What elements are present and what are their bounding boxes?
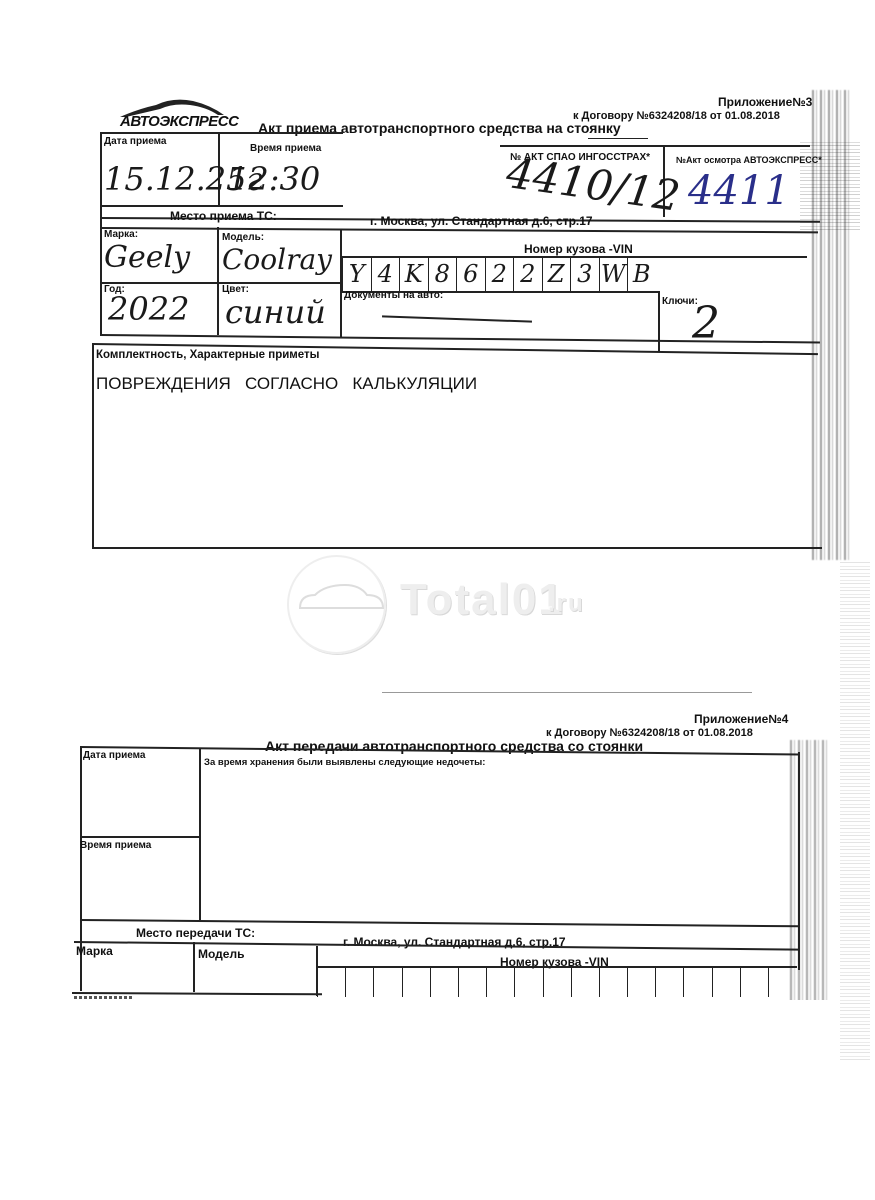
vin-empty-cell: [740, 967, 768, 997]
border: [100, 282, 342, 284]
border: [72, 992, 322, 995]
model-label: Модель:: [222, 232, 264, 243]
vin-empty-cell: [373, 967, 401, 997]
border: [92, 547, 822, 549]
form-title: Акт приема автотранспортного средства на…: [258, 120, 621, 136]
color-value: синий: [225, 293, 326, 331]
brand-value: Geely: [104, 240, 190, 275]
year-value: 2022: [108, 290, 189, 328]
border: [92, 343, 94, 548]
vin-char-cell: Y: [342, 256, 371, 292]
place-label: Место приема ТС:: [170, 209, 277, 223]
autoexpress-act-value: 4411: [688, 168, 790, 214]
features-label: Комплектность, Характерные приметы: [96, 349, 320, 361]
autoexpress-act-label: №Акт осмотра АВТОЭКСПРЕСС*: [676, 155, 822, 165]
vin-char-cell: 6: [456, 256, 485, 292]
vin-char-cell: 3: [570, 256, 599, 292]
appendix-label: Приложение№3: [718, 95, 812, 109]
vin-char-cell: 2: [485, 256, 514, 292]
separator-line: [382, 692, 752, 693]
border: [80, 836, 200, 838]
vin-grid: Y4K8622Z3WB: [342, 256, 656, 292]
vin-empty-cell: [543, 967, 571, 997]
border: [658, 292, 660, 352]
place-label: Место передачи ТС:: [136, 926, 255, 940]
title-underline: [588, 138, 648, 139]
brand-label: Марка:: [104, 229, 138, 240]
features-value: ПОВРЕЖДЕНИЯ СОГЛАСНО КАЛЬКУЛЯЦИИ: [96, 374, 477, 394]
defects-label: За время хранения были выявлены следующи…: [204, 757, 485, 768]
scan-noise: [800, 140, 860, 230]
vin-label: Номер кузова -VIN: [524, 242, 633, 256]
border: [217, 227, 219, 335]
vin-char-cell: 4: [371, 256, 400, 292]
vin-empty-cell: [599, 967, 627, 997]
blank-area: [0, 1000, 840, 1200]
border: [500, 145, 810, 147]
vin-empty-cell: [486, 967, 514, 997]
date-label: Дата приема: [83, 750, 145, 761]
scan-noise: [840, 560, 870, 1060]
vin-empty-cell: [430, 967, 458, 997]
docs-dash-value: [382, 315, 532, 322]
vin-char-cell: W: [599, 256, 628, 292]
watermark-suffix: .ru: [548, 590, 585, 618]
border: [199, 748, 201, 920]
model-value: Coolray: [222, 243, 332, 276]
vin-char-cell: Z: [542, 256, 571, 292]
time-value: 12:30: [228, 160, 320, 198]
brand-label: Марка: [76, 944, 113, 958]
time-label: Время приема: [80, 840, 151, 851]
vin-char-cell: B: [627, 256, 656, 292]
vin-empty-cell: [345, 967, 373, 997]
footnote-fragment: [74, 996, 134, 999]
vin-empty-cell: [655, 967, 683, 997]
vin-empty-cell: [571, 967, 599, 997]
vin-empty-cell: [402, 967, 430, 997]
vin-grid: [317, 967, 796, 997]
place-value: г. Москва, ул. Стандартная д.6, стр.17: [370, 214, 593, 228]
watermark-text: Total01: [400, 575, 565, 625]
border: [100, 132, 102, 334]
vin-empty-cell: [712, 967, 740, 997]
car-icon: [295, 580, 385, 620]
date-label: Дата приема: [104, 136, 166, 147]
company-logo-text: АВТОЭКСПРЕСС: [120, 113, 238, 130]
border: [193, 942, 195, 992]
border: [100, 205, 343, 207]
vin-char-cell: 2: [513, 256, 542, 292]
model-label: Модель: [198, 947, 244, 961]
vin-empty-cell: [683, 967, 711, 997]
vin-empty-cell: [514, 967, 542, 997]
appendix-label: Приложение№4: [694, 712, 788, 726]
border: [798, 752, 800, 970]
vin-char-cell: 8: [428, 256, 457, 292]
time-label: Время приема: [250, 143, 321, 154]
vin-empty-cell: [768, 967, 796, 997]
vin-empty-cell: [458, 967, 486, 997]
vin-char-cell: K: [399, 256, 428, 292]
border: [100, 132, 343, 134]
ingos-act-value: 4410/12: [503, 148, 683, 221]
docs-label: Документы на авто:: [344, 290, 443, 301]
vin-empty-cell: [627, 967, 655, 997]
